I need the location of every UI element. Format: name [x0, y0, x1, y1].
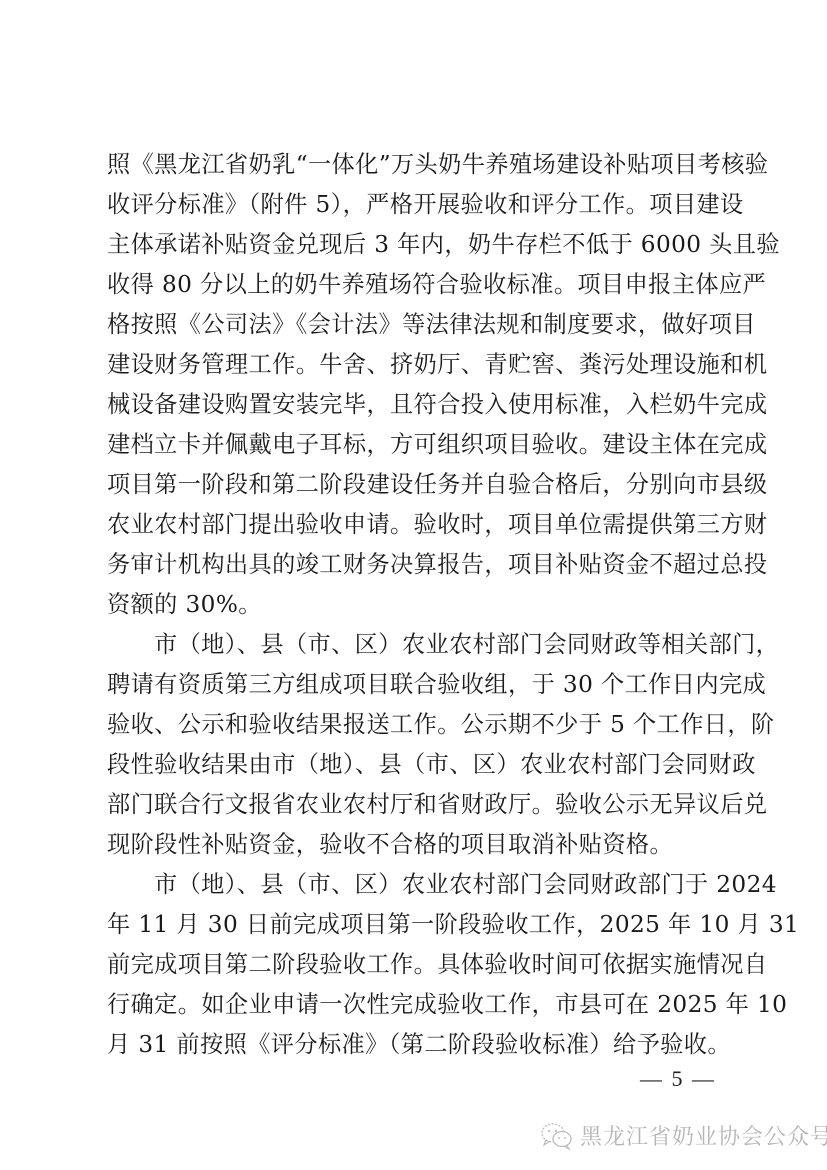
page-number: — 5 —: [640, 1066, 716, 1092]
text-line: 照《黑龙江省奶乳“一体化”万头奶牛养殖场建设补贴项目考核验: [107, 145, 719, 185]
text-line: 农业农村部门提出验收申请。验收时，项目单位需提供第三方财: [107, 505, 719, 545]
document-page: 照《黑龙江省奶乳“一体化”万头奶牛养殖场建设补贴项目考核验 收评分标准》（附件 …: [107, 145, 719, 1065]
text-line: 项目第一阶段和第二阶段建设任务并自验合格后，分别向市县级: [107, 465, 719, 505]
watermark-text: 黑龙江省奶业协会公众号: [580, 1120, 827, 1151]
text-line: 现阶段性补贴资金，验收不合格的项目取消补贴资格。: [107, 825, 719, 865]
text-line: 务审计机构出具的竣工财务决算报告，项目补贴资金不超过总投: [107, 545, 719, 585]
text-line: 年 11 月 30 日前完成项目第一阶段验收工作，2025 年 10 月 31: [107, 905, 719, 945]
text-line: 收得 80 分以上的奶牛养殖场符合验收标准。项目申报主体应严: [107, 265, 719, 305]
paragraph-2: 市（地）、县（市、区）农业农村部门会同财政等相关部门， 聘请有资质第三方组成项目…: [107, 625, 719, 865]
text-line: 收评分标准》（附件 5），严格开展验收和评分工作。项目建设: [107, 185, 719, 225]
text-line: 建档立卡并佩戴电子耳标，方可组织项目验收。建设主体在完成: [107, 425, 719, 465]
text-line: 前完成项目第二阶段验收工作。具体验收时间可依据实施情况自: [107, 945, 719, 985]
text-line: 格按照《公司法》《会计法》等法律法规和制度要求，做好项目: [107, 305, 719, 345]
text-line: 聘请有资质第三方组成项目联合验收组，于 30 个工作日内完成: [107, 665, 719, 705]
text-line: 市（地）、县（市、区）农业农村部门会同财政等相关部门，: [107, 625, 719, 665]
text-line: 验收、公示和验收结果报送工作。公示期不少于 5 个工作日，阶: [107, 705, 719, 745]
text-line: 月 31 前按照《评分标准》（第二阶段验收标准）给予验收。: [107, 1025, 719, 1065]
text-line: 市（地）、县（市、区）农业农村部门会同财政部门于 2024: [107, 865, 719, 905]
paragraph-3: 市（地）、县（市、区）农业农村部门会同财政部门于 2024 年 11 月 30 …: [107, 865, 719, 1065]
text-line: 建设财务管理工作。牛舍、挤奶厅、青贮窖、粪污处理设施和机: [107, 345, 719, 385]
text-line: 行确定。如企业申请一次性完成验收工作，市县可在 2025 年 10: [107, 985, 719, 1025]
text-line: 械设备建设购置安装完毕，且符合投入使用标准，入栏奶牛完成: [107, 385, 719, 425]
text-line: 主体承诺补贴资金兑现后 3 年内，奶牛存栏不低于 6000 头且验: [107, 225, 719, 265]
wechat-icon: [540, 1121, 574, 1151]
text-line: 部门联合行文报省农业农村厅和省财政厅。验收公示无异议后兑: [107, 785, 719, 825]
paragraph-1: 照《黑龙江省奶乳“一体化”万头奶牛养殖场建设补贴项目考核验 收评分标准》（附件 …: [107, 145, 719, 625]
watermark: 黑龙江省奶业协会公众号: [540, 1120, 827, 1151]
text-line: 段性验收结果由市（地）、县（市、区）农业农村部门会同财政: [107, 745, 719, 785]
text-line: 资额的 30%。: [107, 585, 719, 625]
